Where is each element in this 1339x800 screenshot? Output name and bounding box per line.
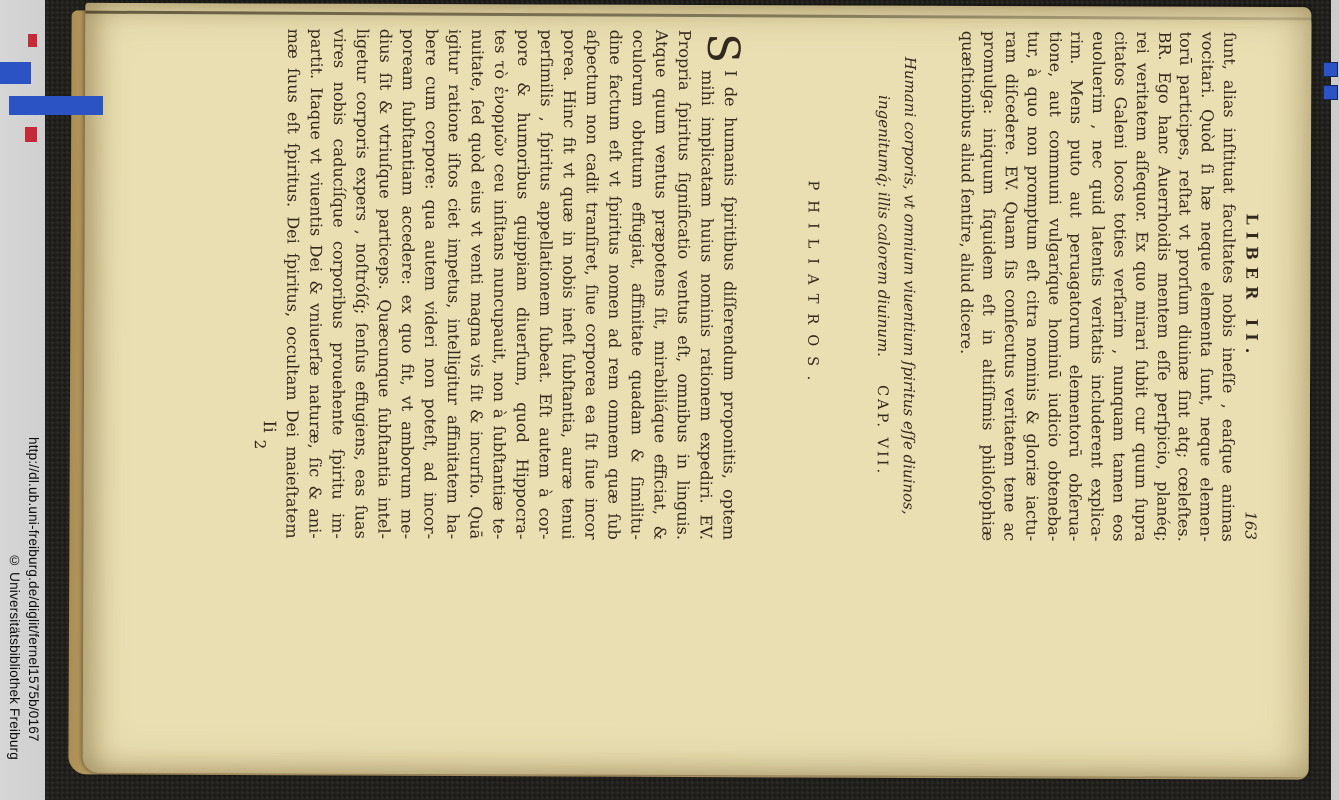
text-line: tione, aut communi vulgaríque hominū iud… xyxy=(1042,31,1066,541)
registration-blue-bar-short xyxy=(0,62,31,84)
text-line: Atque quum ventus præpotens ſit, mirabil… xyxy=(648,30,673,540)
text-line: tes τὸ ἐνορμῶν ceu inſitans nuncupauit, … xyxy=(487,29,512,539)
text-line: pore & humoribus quippiam diuerſum, quod… xyxy=(510,29,535,539)
text-line: ram diſcedere. EV. Quam ſis conſecutus v… xyxy=(999,31,1023,541)
registration-mark xyxy=(0,0,110,160)
text-line: ſunt, alias inſtituat facultates nobis i… xyxy=(1217,32,1241,542)
text-line: oculorum obtutum effugiat, affinitate qu… xyxy=(625,30,650,540)
text-line: igitur ratione iſtos ciet impetus, intel… xyxy=(441,29,466,539)
text-line: mihi implicatam huius nominis rationem e… xyxy=(694,30,719,540)
signature-letters: Ii xyxy=(258,420,278,432)
text-line: citatos Galeni locos toties verſarim , n… xyxy=(1108,31,1132,541)
main-paragraph-lines: I de humanis ſpiritibus diſſerendum prop… xyxy=(280,29,742,541)
registration-blue-mark-2 xyxy=(1323,85,1338,100)
text-line: promulga: iniquum ſiquidem eſt in altiſſ… xyxy=(977,31,1001,541)
text-line: I de humanis ſpiritibus diſſerendum prop… xyxy=(717,30,742,540)
text-line: vires nobis caducíſque corporibus proueh… xyxy=(326,29,351,539)
registration-red-square-top xyxy=(28,34,37,47)
text-line: porea. Hinc fit vt quæ in nobis ineſt ſu… xyxy=(556,30,581,540)
text-line: ligetur corporis expers , noſtróſq́; ſen… xyxy=(349,29,374,539)
text-line: euoluerim , nec quid latentis veritatis … xyxy=(1086,31,1110,541)
chapter-heading-text: ingenitumq́; illis calorem diuinum. xyxy=(874,95,893,357)
text-line: poream ſubſtantiam accedere: ex quo fit,… xyxy=(395,29,420,539)
text-line: rei veritatem aſſequor. Ex quo mirari ſu… xyxy=(1129,32,1153,542)
source-url-text: http://dl.ub.uni-freiburg.de/diglit/fern… xyxy=(24,437,43,800)
dialogue-paragraph: ſunt, alias inſtituat facultates nobis i… xyxy=(955,31,1240,542)
text-line: partit. Itaque vt viuentis Dei & vniuerſ… xyxy=(303,29,328,539)
signature-number: 2 xyxy=(250,440,268,450)
text-line: BR. Ego hanc Auerrhoidis mentem eſſe per… xyxy=(1151,32,1175,542)
chapter-heading-line1: Humani corporis, vt omnium viuentium ſpi… xyxy=(895,31,923,541)
calibration-strip-right xyxy=(1331,0,1339,800)
text-line: vocitari. Quòd ſi hæ neque elementa ſunt… xyxy=(1195,32,1219,542)
text-line: rim. Mens puto aut peruagatorum elemento… xyxy=(1064,31,1088,541)
copyright-text: © Universitätsbibliothek Freiburg xyxy=(5,553,24,800)
book-title-header: LIBER II. xyxy=(1242,213,1262,360)
page-number: 163 xyxy=(1241,511,1259,540)
text-line: torū participes, reſtat vt prorſum diuin… xyxy=(1173,32,1197,542)
running-head: LIBER II. 163 xyxy=(1238,32,1262,542)
registration-blue-mark-1 xyxy=(1323,62,1338,77)
main-paragraph: S I de humanis ſpiritibus diſſerendum pr… xyxy=(280,29,742,541)
text-line: quæſtionibus aliud ſentire, aliud dicere… xyxy=(955,31,979,541)
text-line: Propria ſpiritus ſignificatio ventus eſt… xyxy=(671,30,696,540)
text-line: mæ ſuus eſt ſpiritus. Dei ſpiritus, occu… xyxy=(280,29,305,539)
text-line: dius ſit & vtriuſque particeps. Quæcunqu… xyxy=(372,29,397,539)
signature-mark: Ii2 xyxy=(258,420,278,538)
rotated-page-text: LIBER II. 163 ſunt, alias inſtituat facu… xyxy=(248,28,1262,542)
scan-viewport: LIBER II. 163 ſunt, alias inſtituat facu… xyxy=(0,0,1339,800)
chapter-heading-line2: ingenitumq́; illis calorem diuinum.CAP. … xyxy=(868,31,897,541)
text-line: aſpectum non cadit tranſiret, ſiue corpo… xyxy=(579,30,604,540)
book-page: LIBER II. 163 ſunt, alias inſtituat facu… xyxy=(83,3,1312,777)
chapter-number: CAP. VII. xyxy=(873,385,889,476)
drop-cap: S xyxy=(698,30,742,70)
chapter-heading: Humani corporis, vt omnium viuentium ſpi… xyxy=(868,31,923,541)
speaker-heading: PHILIATROS. xyxy=(800,30,824,540)
text-line: tur, à quo non promptum eſt citra nomini… xyxy=(1021,31,1045,541)
registration-blue-bar-long xyxy=(9,96,103,115)
text-line: perſimilis , ſpiritus appellationem ſube… xyxy=(533,29,558,539)
text-line: bere cum corpore: qua autem videri non p… xyxy=(418,29,443,539)
attribution-vertical-text: http://dl.ub.uni-freiburg.de/diglit/fern… xyxy=(5,437,43,800)
registration-red-square-bottom xyxy=(25,127,37,142)
text-line: dine factum eſt vt ſpiritus nomen ad rem… xyxy=(602,30,627,540)
text-line: nuitate, ſed quòd eius vt venti magna vi… xyxy=(464,29,489,539)
page-top-edge-seam xyxy=(85,11,1311,21)
